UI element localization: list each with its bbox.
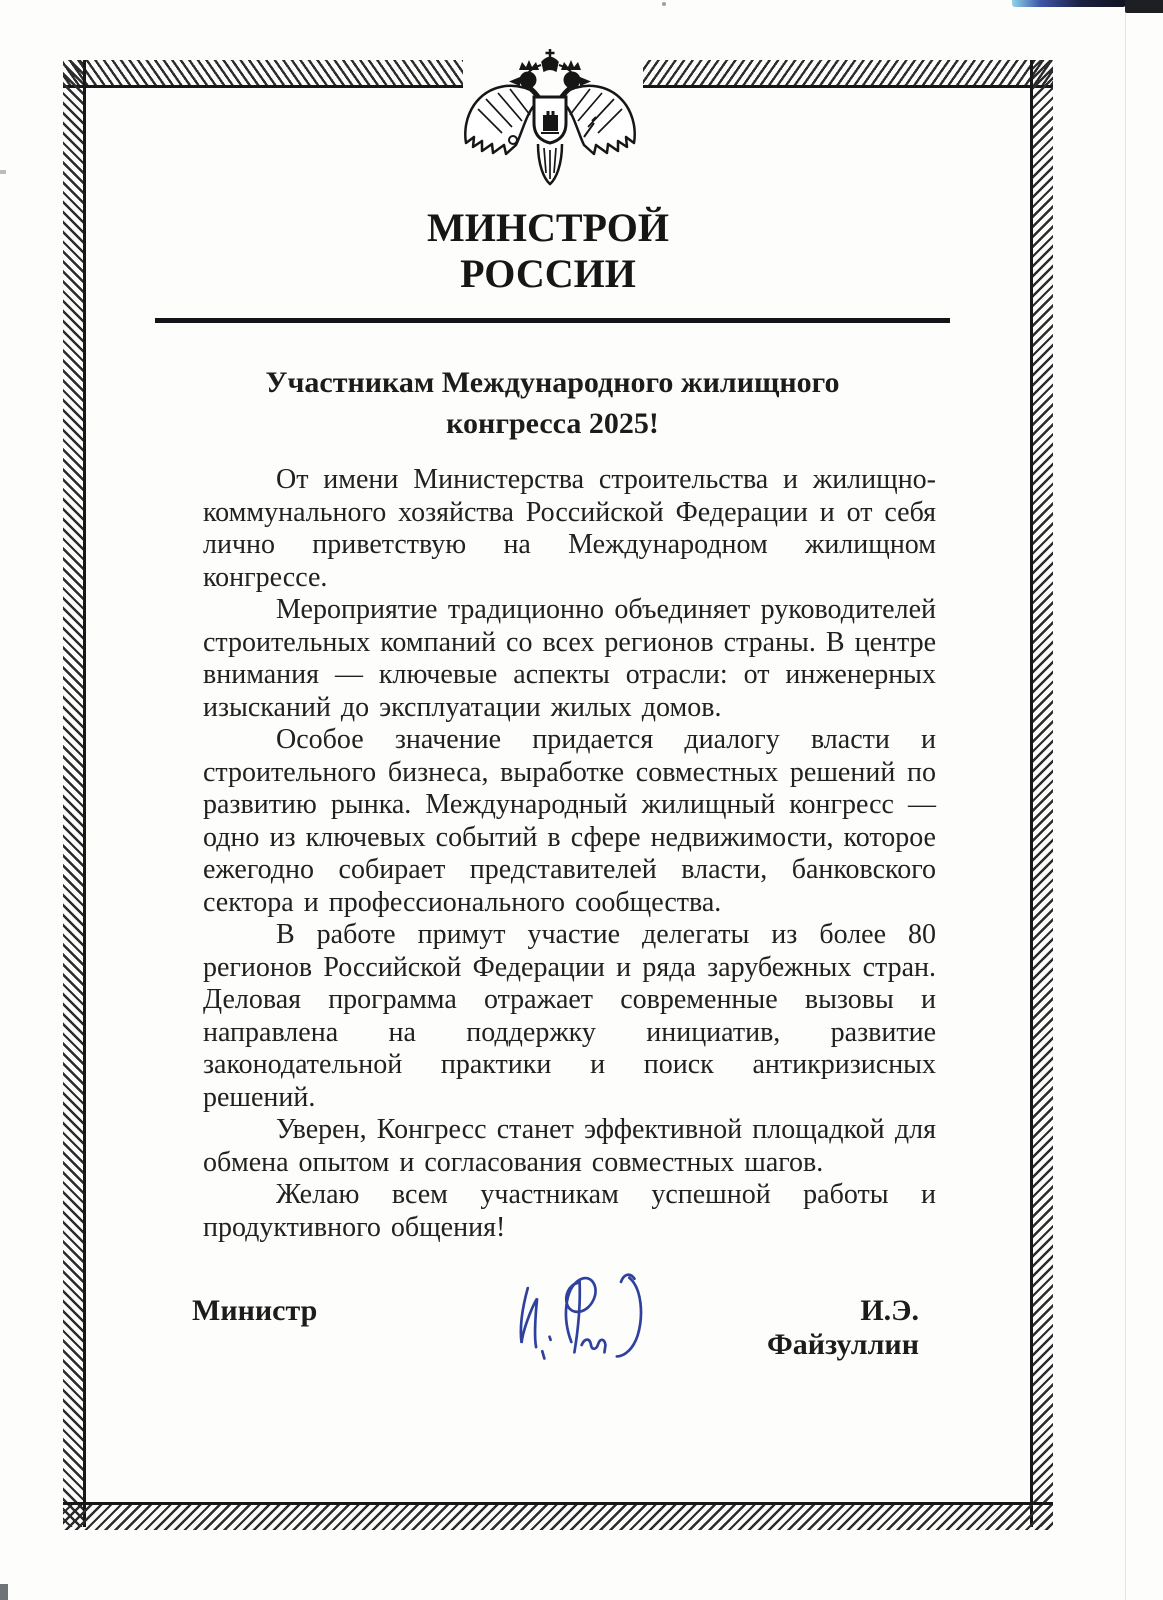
letter-heading-line2: конгресса 2025!	[190, 403, 915, 444]
paragraph: Мероприятие традиционно объединяет руков…	[203, 594, 936, 724]
scan-artifact-blob	[0, 1584, 8, 1600]
paragraph: Особое значение придается диалогу власти…	[203, 724, 936, 919]
paragraph: Уверен, Конгресс станет эффективной площ…	[203, 1114, 936, 1179]
letter-body: От имени Министерства строительства и жи…	[203, 464, 936, 1244]
letter-heading: Участникам Международного жилищного конг…	[190, 362, 915, 444]
paragraph: В работе примут участие делегаты из боле…	[203, 919, 936, 1114]
scan-edge-line	[1125, 8, 1126, 1600]
frame-band-right	[1030, 60, 1053, 1527]
frame-band-top-right	[643, 60, 1053, 88]
scan-artifact-dot	[662, 2, 666, 6]
org-name-line2: РОССИИ	[283, 252, 813, 296]
paragraph: Желаю всем участникам успешной работы и …	[203, 1179, 936, 1244]
frame-band-top-left	[63, 60, 463, 88]
frame-band-left	[63, 60, 86, 1527]
paragraph: От имени Министерства строительства и жи…	[203, 464, 936, 594]
signer-name: И.Э. Файзуллин	[724, 1294, 919, 1362]
scan-artifact-block	[1125, 0, 1163, 13]
scan-artifact-tick	[0, 170, 6, 174]
org-name-line1: МИНСТРОЙ	[283, 206, 813, 250]
letterhead-rule	[155, 318, 950, 323]
signature-ink-icon	[505, 1238, 650, 1363]
russia-coat-of-arms-icon	[458, 46, 642, 206]
scan-artifact-streak	[1012, 0, 1126, 7]
frame-band-bottom	[63, 1502, 1053, 1530]
letter-heading-line1: Участникам Международного жилищного	[190, 362, 915, 403]
scanned-letter-page: МИНСТРОЙ РОССИИ Участникам Международног…	[0, 0, 1163, 1600]
signer-title: Министр	[192, 1294, 317, 1328]
